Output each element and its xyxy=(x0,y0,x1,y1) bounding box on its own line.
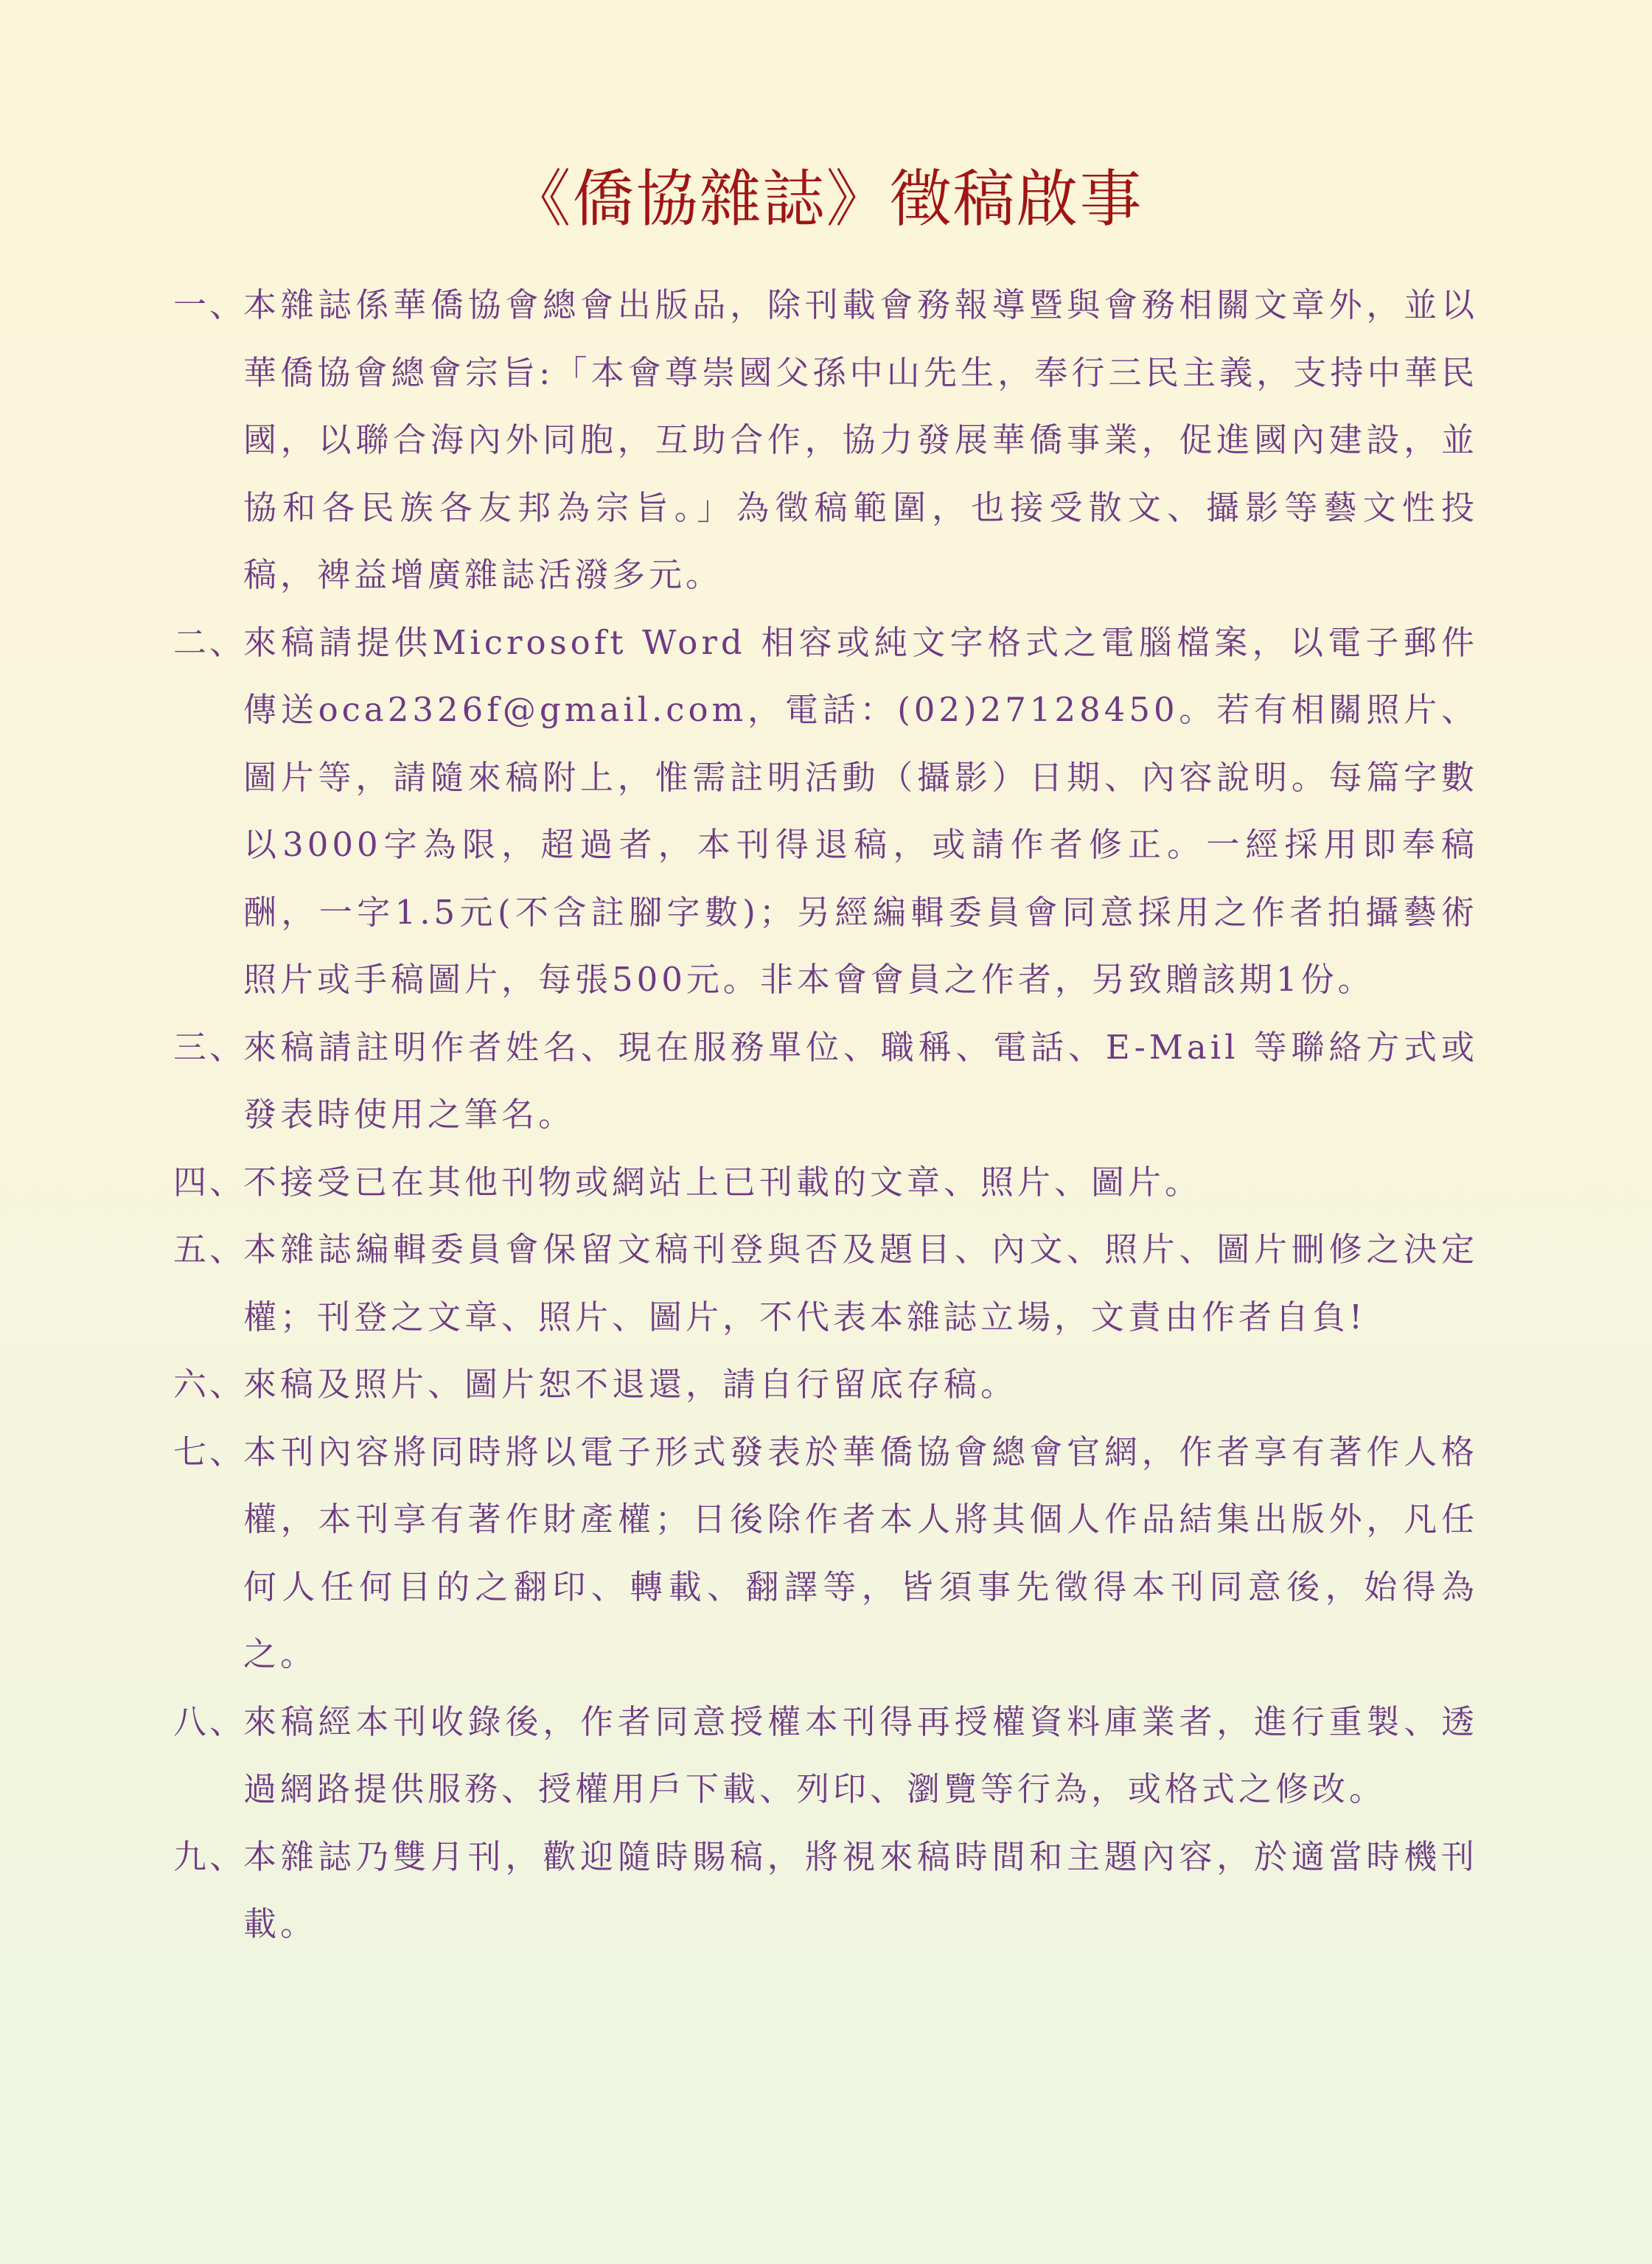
rule-item-6: 六、 來稿及照片、圖片恕不退還，請自行留底存稿。 xyxy=(173,1351,1478,1418)
rule-item-5: 五、 本雜誌編輯委員會保留文稿刊登與否及題目、內文、照片、圖片刪修之決定權；刊登… xyxy=(173,1216,1478,1351)
rule-text: 來稿請註明作者姓名、現在服務單位、職稱、電話、E-Mail 等聯絡方式或發表時使… xyxy=(243,1014,1478,1149)
call-for-papers-page: 《僑協雜誌》徵稿啟事 一、 本雜誌係華僑協會總會出版品，除刊載會務報導暨與會務相… xyxy=(0,0,1652,2264)
submission-rules-list: 一、 本雜誌係華僑協會總會出版品，除刊載會務報導暨與會務相關文章外，並以華僑協會… xyxy=(173,271,1478,1958)
rule-text: 本刊內容將同時將以電子形式發表於華僑協會總會官網，作者享有著作人格權，本刊享有著… xyxy=(243,1418,1478,1688)
rule-text: 來稿請提供Microsoft Word 相容或純文字格式之電腦檔案，以電子郵件傳… xyxy=(243,609,1478,1014)
rule-marker: 四、 xyxy=(173,1149,243,1216)
rule-marker: 一、 xyxy=(173,271,243,339)
rule-text: 不接受已在其他刊物或網站上已刊載的文章、照片、圖片。 xyxy=(243,1149,1478,1216)
rule-text: 本雜誌係華僑協會總會出版品，除刊載會務報導暨與會務相關文章外，並以華僑協會總會宗… xyxy=(243,271,1478,609)
rule-marker: 二、 xyxy=(173,609,243,677)
rule-item-1: 一、 本雜誌係華僑協會總會出版品，除刊載會務報導暨與會務相關文章外，並以華僑協會… xyxy=(173,271,1478,609)
rule-item-9: 九、 本雜誌乃雙月刊，歡迎隨時賜稿，將視來稿時間和主題內容，於適當時機刊載。 xyxy=(173,1823,1478,1958)
rule-marker: 三、 xyxy=(173,1014,243,1082)
rule-item-2: 二、 來稿請提供Microsoft Word 相容或純文字格式之電腦檔案，以電子… xyxy=(173,609,1478,1014)
rule-item-4: 四、 不接受已在其他刊物或網站上已刊載的文章、照片、圖片。 xyxy=(173,1149,1478,1216)
rule-item-7: 七、 本刊內容將同時將以電子形式發表於華僑協會總會官網，作者享有著作人格權，本刊… xyxy=(173,1418,1478,1688)
rule-marker: 八、 xyxy=(173,1688,243,1756)
rule-marker: 七、 xyxy=(173,1418,243,1486)
page-title: 《僑協雜誌》徵稿啟事 xyxy=(0,162,1652,236)
rule-text: 本雜誌乃雙月刊，歡迎隨時賜稿，將視來稿時間和主題內容，於適當時機刊載。 xyxy=(243,1823,1478,1958)
rule-text: 來稿及照片、圖片恕不退還，請自行留底存稿。 xyxy=(243,1351,1478,1418)
rule-item-3: 三、 來稿請註明作者姓名、現在服務單位、職稱、電話、E-Mail 等聯絡方式或發… xyxy=(173,1014,1478,1149)
rule-marker: 六、 xyxy=(173,1351,243,1418)
rule-text: 本雜誌編輯委員會保留文稿刊登與否及題目、內文、照片、圖片刪修之決定權；刊登之文章… xyxy=(243,1216,1478,1351)
rule-marker: 九、 xyxy=(173,1823,243,1891)
rule-text: 來稿經本刊收錄後，作者同意授權本刊得再授權資料庫業者，進行重製、透過網路提供服務… xyxy=(243,1688,1478,1823)
rule-marker: 五、 xyxy=(173,1216,243,1283)
rule-item-8: 八、 來稿經本刊收錄後，作者同意授權本刊得再授權資料庫業者，進行重製、透過網路提… xyxy=(173,1688,1478,1823)
